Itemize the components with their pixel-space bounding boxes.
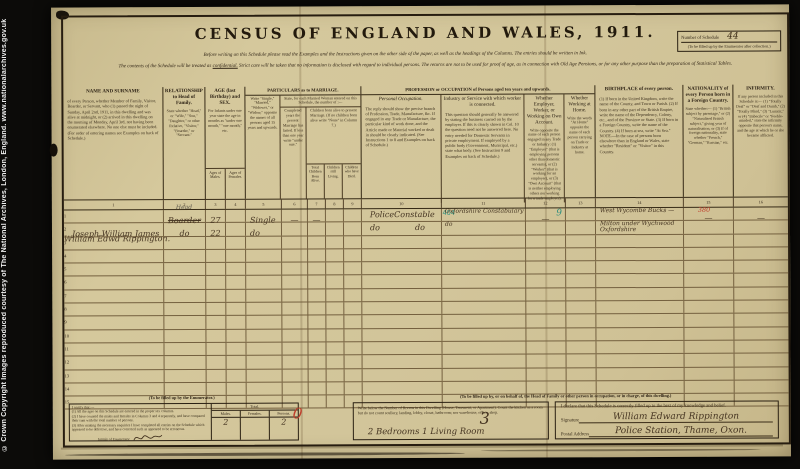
cell-name: 9 [64,316,164,329]
cell-years-married [282,263,308,275]
column-header-name: NAME AND SURNAME of every Person, whethe… [63,87,163,199]
cell-infirmity [734,287,788,300]
cell-marriage [247,356,283,368]
cell-age-male: 27 [206,210,226,222]
schedule-number-label: Number of Schedule [681,35,719,41]
cell-infirmity [734,300,788,313]
cell-employer [526,248,566,260]
cell-infirmity: — [734,207,788,220]
cell-occupation [363,355,443,368]
cell-children-died [344,262,362,274]
personal-occupation-title: Personal Occupation. [361,94,440,103]
cell-at-home [566,222,596,234]
column-header-birthplace: BIRTHPLACE of every person. (1) If born … [595,85,683,197]
cell-age-female [226,263,246,275]
cell-age-male [206,263,226,275]
instruction-2-confidential: confidential. [213,64,238,69]
cell-name: 4 [64,250,164,263]
cell-years-married: — [282,209,308,221]
cell-relationship [164,237,206,249]
cell-years-married [282,316,308,328]
cell-marriage [246,316,282,328]
cell-employer [526,301,566,313]
cell-children-total [308,302,326,314]
birthplace-desc: (1) If born in the United Kingdom, write… [595,94,682,156]
cell-birthplace [597,367,685,380]
cell-children-living [327,356,345,368]
schedule-number-note: (To be filled up by the Enumerator after… [681,43,777,48]
cell-birthplace [596,234,684,247]
cell-children-total [308,289,326,301]
cell-industry [443,368,527,381]
cell-occupation [362,315,442,328]
cell-children-total [308,316,326,328]
cell-relationship [164,303,206,315]
cell-children-total [309,356,327,368]
column-number: 1 [64,200,164,209]
paper-shadow [65,452,465,457]
cell-infirmity [735,380,789,393]
cell-nationality: 380— [684,208,734,221]
cell-birthplace [597,381,685,394]
cell-birthplace [596,314,684,327]
cell-marriage [246,343,282,355]
cell-age-female [226,210,246,222]
enumerator-box: I certify that:— (1) All the ages on thi… [69,403,299,442]
cell-industry: do [442,222,526,235]
cell-relationship [164,263,206,275]
cell-at-home [566,301,596,313]
cell-children-died [344,342,362,354]
cell-nationality [685,354,735,367]
cell-birthplace [597,354,685,367]
cell-relationship [164,276,206,288]
cell-children-died [344,209,362,221]
cell-nationality [684,327,734,340]
column-header-marriage: PARTICULARS as to MARRIAGE. Write "Singl… [245,86,361,199]
athome-desc: Write the words "At Home" opposite the n… [565,115,595,156]
table-body: 1William Edwd Rippington. BoarderHead 27… [64,207,789,410]
cell-occupation [362,302,442,315]
cell-at-home [567,368,597,380]
cell-infirmity [734,274,788,287]
children-died-label: Children who have Died. [343,164,361,198]
instruction-2-post: Strict care will be taken that no inform… [238,62,732,69]
cell-employer [526,328,566,340]
cell-birthplace [596,261,684,274]
cell-relationship [165,383,207,395]
cell-relationship [165,356,207,368]
cell-children-living [326,263,344,275]
cell-at-home [567,381,597,393]
cell-children-living [327,369,345,381]
cell-birthplace [596,274,684,287]
cell-marriage [246,289,282,301]
cell-occupation [363,368,443,381]
cell-industry [443,381,527,394]
cell-age-female [226,343,246,355]
cell-nationality [684,261,734,274]
cell-employer [526,315,566,327]
cell-years-married [282,329,308,341]
cell-industry [443,355,527,368]
totals-females-label: Females. [241,411,270,417]
cell-marriage [246,263,282,275]
cell-relationship: BoarderHead [164,210,206,222]
cell-industry [442,342,526,355]
cell-years-married [283,382,309,394]
employer-title: Whether Employer, Worker, or Working on … [525,94,564,127]
cell-name: 5 [64,263,164,276]
cell-age-male [206,303,226,315]
cell-relationship: do [164,223,206,235]
cell-age-female [226,276,246,288]
paper-shadow [481,449,761,452]
age-col-desc: For Infants under one year state the age… [205,108,244,135]
cell-infirmity [734,327,788,340]
cell-birthplace [596,248,684,261]
cell-industry [442,288,526,301]
rooms-detail-handwritten: 2 Bedrooms 1 Living Room [368,427,485,439]
cell-years-married [282,249,308,261]
cell-industry [442,315,526,328]
cell-birthplace: Milton under Wychwood Oxfordshire [596,221,684,234]
age-col-title: AGE (last Birthday) and SEX. [205,87,244,108]
employer-desc: Write opposite the name of each person e… [525,127,564,202]
cell-years-married [283,356,309,368]
cell-children-total [309,382,327,394]
cell-children-total [308,342,326,354]
cell-years-married [282,303,308,315]
cell-age-female [226,303,246,315]
cell-relationship [164,316,206,328]
column-number: 8 [326,199,344,208]
cell-children-died [344,329,362,341]
cell-children-living [327,395,345,407]
certify-3: (3) After making the necessary enquiries… [72,423,209,433]
totals-males-label: Males. [212,411,241,417]
cell-children-total [308,249,326,261]
initials-label: Initials of Enumerator [98,438,130,443]
cell-children-total [308,263,326,275]
schedule-number-box: Number of Schedule 44 (To be filled up b… [677,30,781,51]
schedule-number-value: 44 [727,34,738,41]
athome-title: Whether Working at Home. [565,94,595,115]
column-number: 13 [566,198,596,207]
paper-edge-blemish [50,144,58,157]
cell-children-living [326,276,344,288]
cell-at-home [566,328,596,340]
married-woman-desc: State, for each Married Woman entered on… [280,95,360,107]
enumerator-initials-scribble [133,433,163,442]
cell-children-total [308,236,326,248]
cell-children-living [326,302,344,314]
cell-nationality [684,301,734,314]
rooms-text: Write below the Number of Rooms in this … [358,404,543,415]
cell-age-male [206,316,226,328]
rooms-box: Write below the Number of Rooms in this … [353,401,549,440]
cell-occupation [362,342,442,355]
cell-years-married [282,236,308,248]
cell-birthplace [596,341,684,354]
cell-children-living [326,289,344,301]
cell-infirmity [734,247,788,260]
cell-age-male [206,290,226,302]
column-number: 7 [308,199,326,208]
column-number: 12 [526,198,566,207]
industry-title: Industry or Service with which worker is… [441,94,524,109]
cell-birthplace [596,328,684,341]
cell-nationality [685,380,735,393]
cell-at-home [566,341,596,353]
certify-intro: I certify that:— [72,405,94,409]
cell-infirmity [735,354,789,367]
signature-label: Signature [561,418,579,423]
infirmity-title: INFIRMITY. [733,84,787,93]
cell-industry [442,262,526,275]
column-header-nationality: NATIONALITY of every Person born in a Fo… [683,85,733,197]
cell-at-home [566,208,596,220]
cell-age-female [226,223,246,235]
cell-age-female [227,356,247,368]
column-number: 16 [734,197,788,206]
cell-marriage [247,382,283,394]
column-number: 5 [246,200,282,209]
enumerator-heading: (To be filled up by the Enumerator.) [67,395,297,401]
cell-infirmity [735,367,789,380]
cell-years-married [282,223,308,235]
birthplace-title: BIRTHPLACE of every person. [595,85,682,94]
cell-name: 3 [64,237,164,250]
cell-children-died [344,302,362,314]
cell-age-male [206,250,226,262]
cell-children-died [344,223,362,235]
cell-relationship [164,290,206,302]
census-table: NAME AND SURNAME of every Person, whethe… [63,84,788,410]
age-males-label: Ages of Males. [206,169,226,199]
postal-address-label: Postal Address [561,432,589,437]
cell-at-home [566,261,596,273]
cell-age-male [207,369,227,381]
cell-children-died [344,249,362,261]
cell-nationality [684,314,734,327]
cell-name: 13 [65,370,165,383]
cell-age-male [206,330,226,342]
cell-children-living [326,316,344,328]
cell-children-living [326,209,344,221]
cell-relationship [165,369,207,381]
cell-age-male: 22 [206,223,226,235]
cell-children-died [345,369,363,381]
table-header: NAME AND SURNAME of every Person, whethe… [63,84,787,200]
column-number: 10 [362,199,442,208]
cell-children-died [345,382,363,394]
cell-employer [526,222,566,234]
cell-nationality [684,287,734,300]
cell-years-married [282,289,308,301]
cell-age-female [226,290,246,302]
cell-children-living [326,342,344,354]
cell-age-male [206,236,226,248]
cell-occupation: dodo [362,222,442,235]
cell-occupation: PoliceConstable404 [362,209,442,222]
age-females-label: Ages of Females. [226,169,245,199]
cell-age-female [226,316,246,328]
cell-nationality [684,274,734,287]
census-document: CENSUS OF ENGLAND AND WALES, 1911. Numbe… [51,4,791,459]
cell-children-died [344,289,362,301]
cell-age-male [206,343,226,355]
relationship-col-title: RELATIONSHIP to Head of Family. [163,87,204,108]
cell-years-married [282,342,308,354]
name-col-desc: of every Person, whether Member of Famil… [63,96,162,142]
column-number: 3 [206,200,226,209]
cell-occupation [362,275,442,288]
cell-industry [442,302,526,315]
cell-birthplace [596,301,684,314]
cell-at-home [566,315,596,327]
cell-marriage [246,249,282,261]
cell-marriage [247,369,283,381]
marriage-single-desc: Write "Single," "Married," "Widower," or… [245,95,279,131]
cell-employer [527,355,567,367]
instruction-2-pre: The contents of the Schedule will be tre… [119,64,213,69]
cell-children-died [344,276,362,288]
cell-industry [442,328,526,341]
cell-name: 10 [64,330,164,343]
copyright-strip: © Crown Copyright Images reproduced cour… [1,0,15,469]
cell-children-living [326,223,344,235]
cell-birthplace: West Wycombe Bucks — [596,208,684,221]
cell-age-female [227,383,247,395]
cell-nationality [684,248,734,261]
cell-name: 8 [64,303,164,316]
cell-at-home [566,248,596,260]
cell-children-living [326,329,344,341]
declaration-text: I declare that this Schedule is correctl… [561,403,773,409]
cell-nationality [684,221,734,234]
cell-children-living [326,249,344,261]
cell-industry: Oxfordshire Constabulary [442,209,526,222]
totals-table: Total. Males. Females. Persons. 2 2 [211,404,298,440]
cell-nationality [684,234,734,247]
cell-at-home [567,355,597,367]
cell-name: 11 [64,343,164,356]
children-group-desc: Children born alive to present Marriage.… [306,108,360,130]
cell-occupation [363,382,443,395]
column-header-profession: PROFESSION or OCCUPATION of Persons aged… [361,85,595,198]
cell-infirmity [734,221,788,234]
children-living-label: Children still Living. [325,164,343,198]
cell-occupation [362,236,442,249]
cell-marriage [246,329,282,341]
column-number: 9 [344,199,362,208]
signature-handwritten: William Edward Rippington [579,412,773,423]
cell-infirmity [734,234,788,247]
cell-relationship [164,330,206,342]
cell-children-living [326,236,344,248]
column-header-infirmity: INFIRMITY. If any person included in thi… [733,84,787,196]
cell-employer: —9 [526,208,566,220]
cell-birthplace [596,288,684,301]
cell-name: 1William Edwd Rippington. [64,210,164,223]
column-number: 4 [226,200,246,209]
cell-name: 7 [64,290,164,303]
column-header-relationship: RELATIONSHIP to Head of Family. State wh… [163,87,205,199]
cell-children-total [308,223,326,235]
personal-occupation-desc: The reply should show the precise branch… [361,103,440,149]
cell-children-total: — [308,209,326,221]
nationality-desc: State whether:— (1) "British subject by … [683,106,732,147]
cell-employer [526,288,566,300]
cell-children-total [309,369,327,381]
infirmity-desc: If any person included in this Schedule … [733,93,787,139]
cell-employer [527,381,567,393]
cell-years-married [283,369,309,381]
children-total-label: Total Children Born Alive. [307,164,325,198]
cell-industry [442,235,526,248]
cell-name: 6 [64,277,164,290]
cell-occupation [362,289,442,302]
column-number: 6 [282,199,308,208]
cell-relationship [164,343,206,355]
cell-at-home [566,288,596,300]
industry-desc: This question should generally be answer… [441,109,524,161]
cell-children-died [344,236,362,248]
cell-children-total [308,329,326,341]
column-number: 11 [442,199,526,208]
cell-relationship [164,250,206,262]
cell-age-female [226,250,246,262]
cell-marriage: Single [246,210,282,222]
cell-industry [442,275,526,288]
cell-name: 2Joseph William James [64,223,164,236]
cell-employer [526,275,566,287]
nationality-title: NATIONALITY of every Person born in a Fo… [683,85,732,106]
name-col-title: NAME AND SURNAME [63,87,162,96]
cell-age-female [226,236,246,248]
cell-employer [526,341,566,353]
cell-marriage [246,236,282,248]
cell-age-female [227,369,247,381]
cell-age-male [207,356,227,368]
cell-marriage [246,303,282,315]
cell-marriage [246,276,282,288]
cell-infirmity [734,340,788,353]
cell-infirmity [734,314,788,327]
cell-employer [527,368,567,380]
cell-industry [442,248,526,261]
postal-address-handwritten: Police Station, Thame, Oxon. [589,426,773,437]
cell-age-male [207,383,227,395]
cell-age-female [226,329,246,341]
cell-children-died [344,316,362,328]
relationship-col-desc: State whether "Head," or "Wife," "Son," … [163,108,204,139]
totals-females-value [241,418,270,440]
red-annotation-zero: 0 [292,404,304,423]
cell-nationality [685,367,735,380]
cell-marriage: do [246,223,282,235]
cell-children-died [345,356,363,368]
totals-males-value: 2 [212,418,241,440]
cell-occupation [362,262,442,275]
cell-employer [526,262,566,274]
printed-frame: CENSUS OF ENGLAND AND WALES, 1911. Numbe… [61,12,791,447]
cell-years-married [282,276,308,288]
cell-employer [526,235,566,247]
column-number: 14 [596,198,684,207]
years-married-desc: Completed years the present Marriage has… [280,108,305,149]
